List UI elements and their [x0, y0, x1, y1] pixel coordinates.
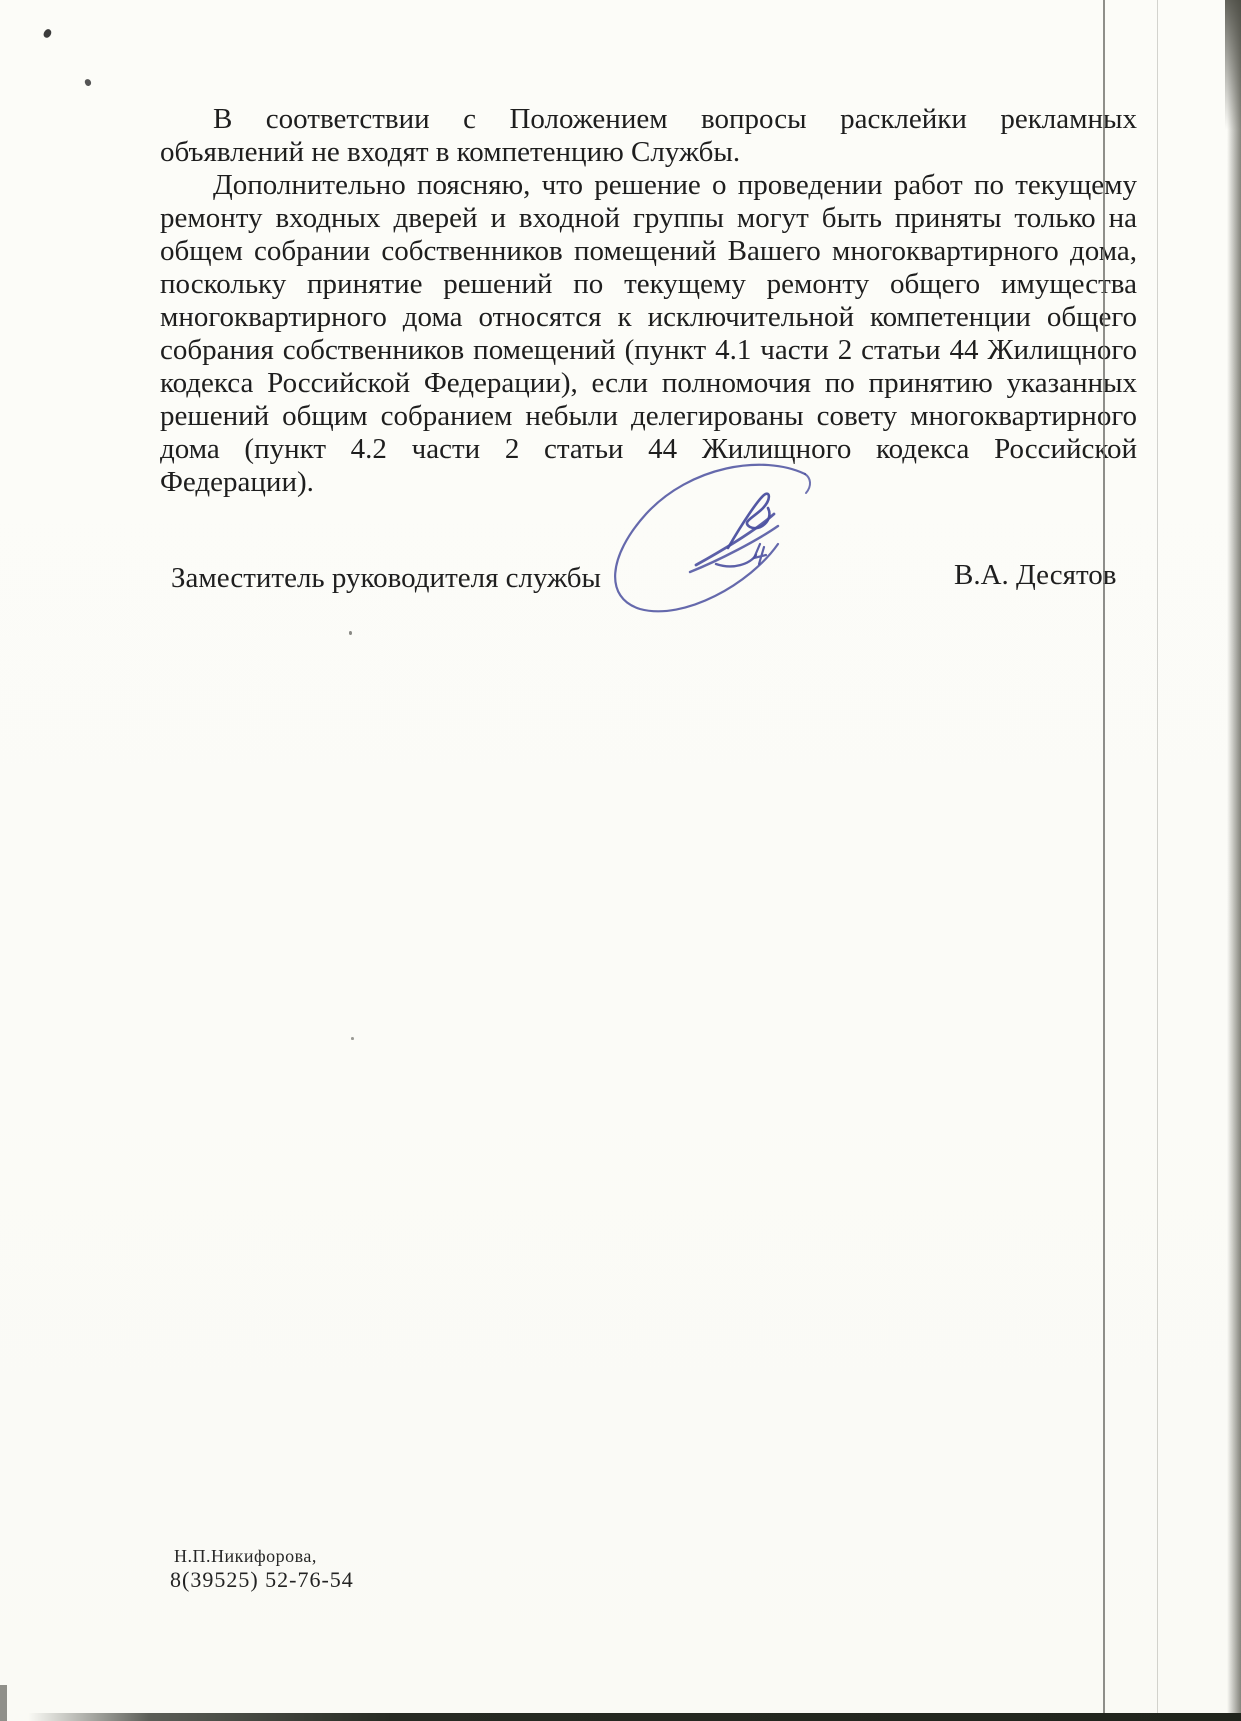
scan-edge-left-bottom	[0, 1685, 7, 1721]
ink-speck	[351, 1037, 354, 1040]
vertical-fold-line-faint	[1157, 0, 1158, 1721]
text-line: кодекса Российской Федерации), если полн…	[160, 367, 1137, 400]
footer-contact-phone: 8(39525) 52-76-54	[170, 1567, 354, 1593]
text-line: В соответствии с Положением вопросы раск…	[160, 103, 1137, 136]
signer-name: В.А. Десятов	[954, 559, 1116, 592]
ink-speck	[349, 631, 352, 635]
footer-contact-name: Н.П.Никифорова,	[174, 1545, 317, 1567]
vertical-fold-line	[1103, 0, 1105, 1721]
position-title: Заместитель руководителя службы	[171, 562, 601, 595]
text-line: ремонту входных дверей и входной группы …	[160, 202, 1137, 235]
handwritten-signature-icon	[598, 452, 828, 627]
scan-edge-right-top	[1225, 0, 1241, 130]
ink-speck	[84, 78, 92, 87]
text-line: многоквартирного дома относятся к исключ…	[160, 301, 1137, 334]
text-line: общем собрании собственников помещений В…	[160, 235, 1137, 268]
text-line: собрания собственников помещений (пункт …	[160, 334, 1137, 367]
text-line: объявлений не входят в компетенцию Служб…	[160, 136, 1137, 169]
text-line: поскольку принятие решений по текущему р…	[160, 268, 1137, 301]
letter-body: В соответствии с Положением вопросы раск…	[160, 103, 1137, 499]
scan-edge-right	[1227, 0, 1241, 1721]
scan-edge-bottom	[28, 1713, 1241, 1721]
text-line: решений общим собранием небыли делегиров…	[160, 400, 1137, 433]
text-line: Дополнительно поясняю, что решение о про…	[160, 169, 1137, 202]
ink-speck	[42, 28, 53, 39]
letter-page: В соответствии с Положением вопросы раск…	[0, 0, 1241, 1721]
